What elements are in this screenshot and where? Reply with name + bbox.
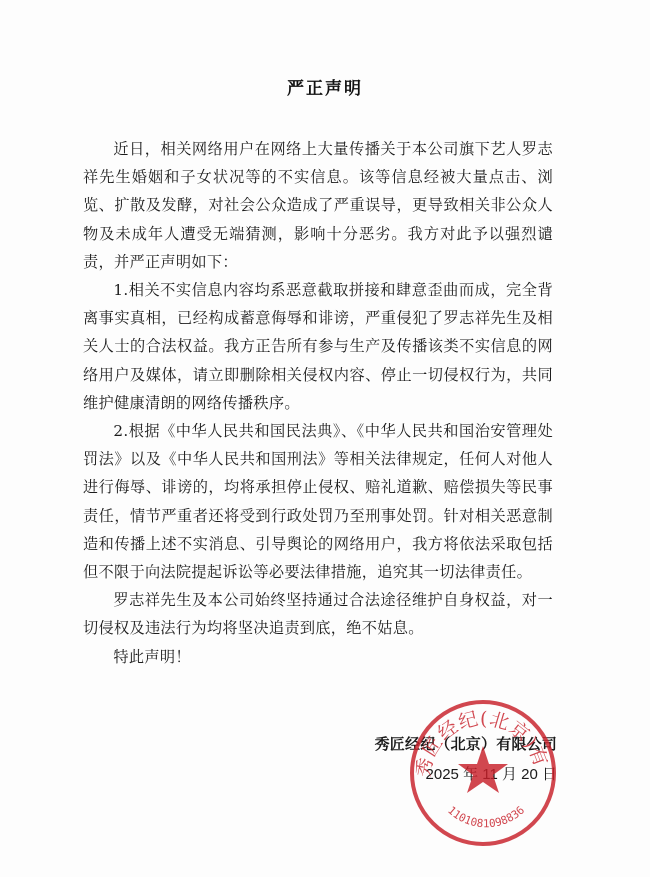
- paragraph-closing: 特此声明！: [83, 643, 553, 671]
- document-title: 严正声明: [0, 74, 650, 99]
- company-seal-icon: 秀匠经纪(北京)有限公司 110108109883​62: [408, 698, 558, 848]
- statement-page: 严正声明 近日，相关网络用户在网络上大量传播关于本公司旗下艺人罗志祥先生婚姻和子…: [0, 0, 650, 877]
- paragraph-point-2: 2.根据《中华人民共和国民法典》、《中华人民共和国治安管理处罚法》以及《中华人民…: [83, 417, 553, 586]
- paragraph-point-1: 1.相关不实信息内容均系恶意截取拼接和肆意歪曲而成，完全背离事实真相，已经构成蓄…: [83, 276, 553, 417]
- paragraph-conclusion: 罗志祥先生及本公司始终坚持通过合法途径维护自身权益，对一切侵权及违法行为均将坚决…: [83, 586, 553, 642]
- paragraph-intro: 近日，相关网络用户在网络上大量传播关于本公司旗下艺人罗志祥先生婚姻和子女状况等的…: [83, 135, 553, 276]
- document-body: 近日，相关网络用户在网络上大量传播关于本公司旗下艺人罗志祥先生婚姻和子女状况等的…: [83, 135, 553, 671]
